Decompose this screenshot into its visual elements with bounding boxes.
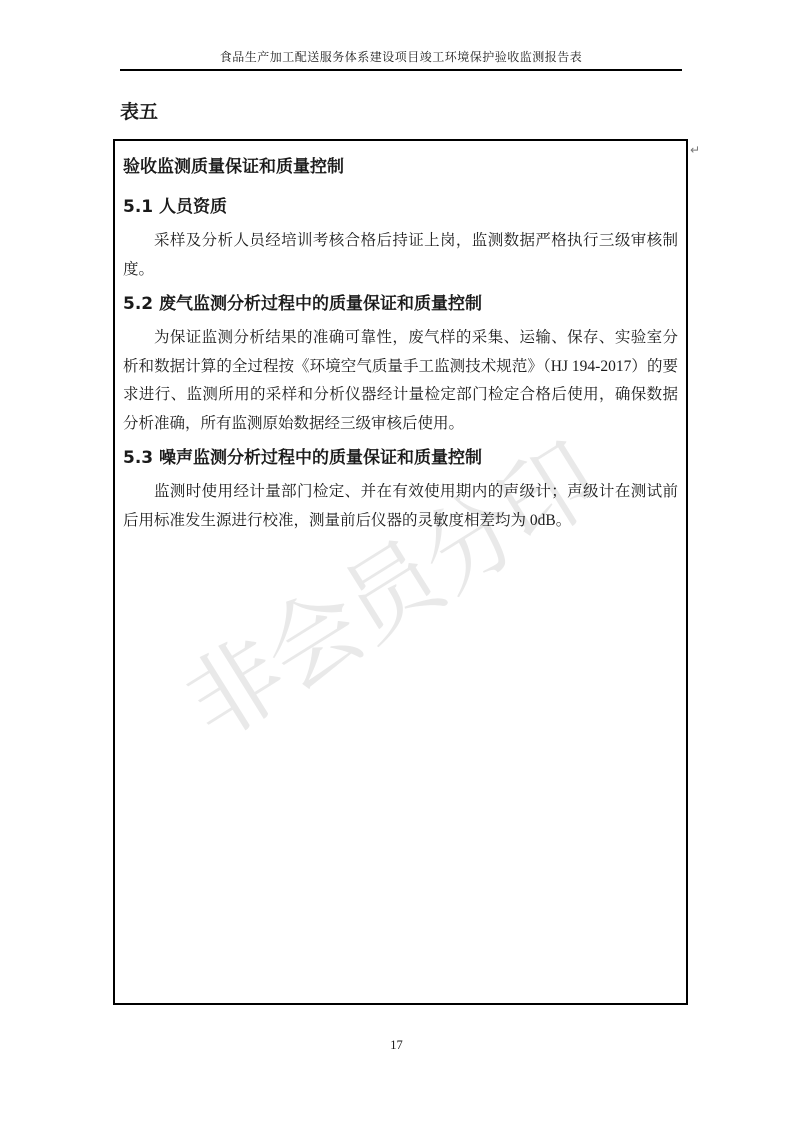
document-page: 非会员分印 食品生产加工配送服务体系建设项目竣工环境保护验收监测报告表 表五 ↵… bbox=[0, 0, 793, 1122]
section-heading-5-1: 5.1 人员资质 bbox=[123, 187, 678, 227]
section-noise-qa: 5.3 噪声监测分析过程中的质量保证和质量控制 监测时使用经计量部门检定、并在有… bbox=[123, 438, 678, 535]
section-heading-5-3: 5.3 噪声监测分析过程中的质量保证和质量控制 bbox=[123, 438, 678, 478]
section-body-5-3: 监测时使用经计量部门检定、并在有效使用期内的声级计；声级计在测试前后用标准发生源… bbox=[123, 478, 678, 535]
section-heading-5-2: 5.2 废气监测分析过程中的质量保证和质量控制 bbox=[123, 284, 678, 324]
paragraph-mark-icon: ↵ bbox=[690, 143, 700, 157]
table-label: 表五 bbox=[120, 97, 158, 124]
section-body-5-1: 采样及分析人员经培训考核合格后持证上岗，监测数据严格执行三级审核制度。 bbox=[123, 227, 678, 284]
box-title: 验收监测质量保证和质量控制 bbox=[123, 147, 678, 187]
report-box: 验收监测质量保证和质量控制 5.1 人员资质 采样及分析人员经培训考核合格后持证… bbox=[113, 139, 688, 1005]
running-header-title: 食品生产加工配送服务体系建设项目竣工环境保护验收监测报告表 bbox=[220, 50, 583, 64]
running-header: 食品生产加工配送服务体系建设项目竣工环境保护验收监测报告表 bbox=[120, 48, 682, 71]
section-body-5-2: 为保证监测分析结果的准确可靠性，废气样的采集、运输、保存、实验室分析和数据计算的… bbox=[123, 324, 678, 438]
section-personnel: 5.1 人员资质 采样及分析人员经培训考核合格后持证上岗，监测数据严格执行三级审… bbox=[123, 187, 678, 284]
section-exhaust-gas-qa: 5.2 废气监测分析过程中的质量保证和质量控制 为保证监测分析结果的准确可靠性，… bbox=[123, 284, 678, 438]
page-number: 17 bbox=[0, 1038, 793, 1053]
